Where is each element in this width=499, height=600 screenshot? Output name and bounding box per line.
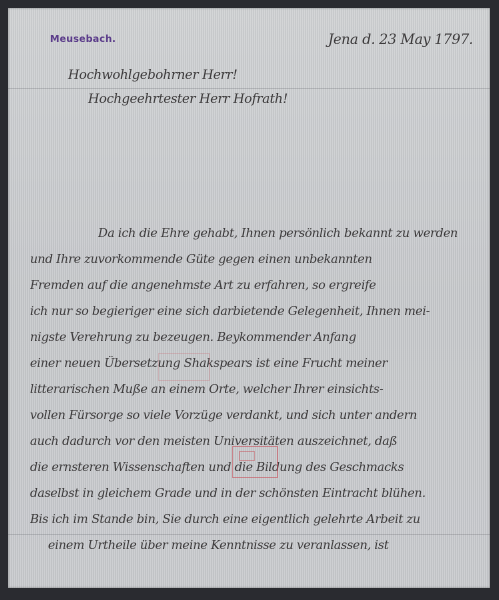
- body-line: und Ihre zuvorkommende Güte gegen einen …: [30, 252, 485, 266]
- archive-stamp: Meusebach.: [50, 34, 116, 45]
- body-line: Fremden auf die angenehmste Art zu erfah…: [30, 278, 485, 292]
- body-line: Da ich die Ehre gehabt, Ihnen persönlich…: [98, 226, 488, 240]
- dateline: Jena d. 23 May 1797.: [328, 32, 473, 48]
- salutation-line-2: Hochgeehrtester Herr Hofrath!: [88, 92, 288, 107]
- red-library-stamp: [232, 446, 278, 478]
- body-line: ich nur so begieriger eine sich darbiete…: [30, 304, 485, 318]
- body-line: daselbst in gleichem Grade und in der sc…: [30, 486, 485, 500]
- body-line: litterarischen Muße an einem Orte, welch…: [30, 382, 485, 396]
- salutation-line-1: Hochwohlgebohrner Herr!: [68, 68, 237, 83]
- body-line: vollen Fürsorge so viele Vorzüge verdank…: [30, 408, 485, 422]
- fold-line: [8, 534, 490, 535]
- body-line: nigste Verehrung zu bezeugen. Beykommend…: [30, 330, 485, 344]
- letter-page: Meusebach. Jena d. 23 May 1797. Hochwohl…: [8, 8, 490, 588]
- faint-red-stamp: [158, 353, 210, 381]
- body-line: einem Urtheile über meine Kenntnisse zu …: [48, 538, 499, 552]
- body-line: einer neuen Übersetzung Shakspears ist e…: [30, 356, 485, 370]
- fold-line: [8, 88, 490, 89]
- body-line: Bis ich im Stande bin, Sie durch eine ei…: [30, 512, 485, 526]
